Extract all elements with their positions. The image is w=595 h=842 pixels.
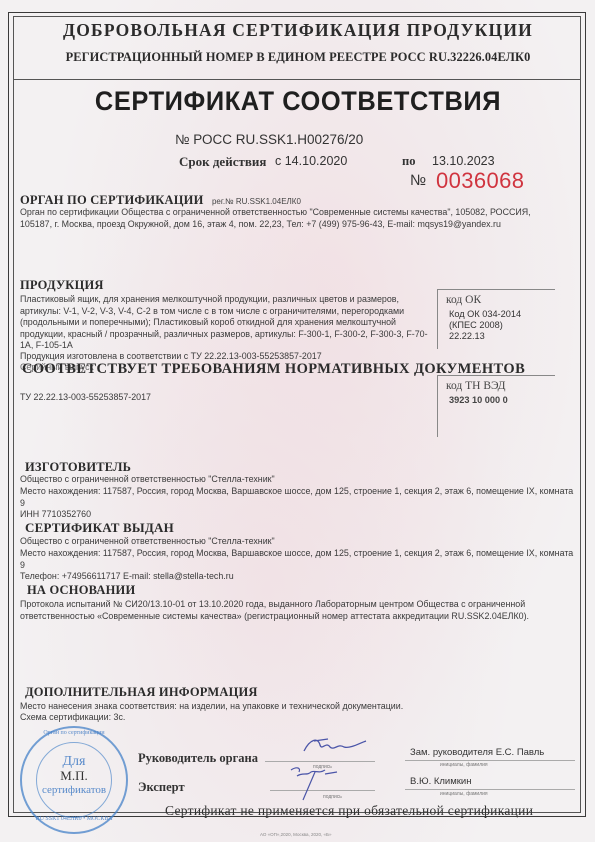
header-divider (14, 79, 581, 80)
validity-from: с 14.10.2020 (275, 154, 347, 168)
head-signature-icon (300, 733, 370, 761)
expert-signature-caption: подпись (323, 794, 342, 800)
head-name-line (405, 760, 575, 761)
product-description: Пластиковый ящик, для хранения мелкоштуч… (20, 294, 438, 352)
code-tnved-box: код ТН ВЭД 3923 10 000 0 (437, 375, 555, 437)
seal-stamp: Орган по сертификации Для М.П. сертифика… (20, 726, 128, 834)
manufacturer-inn: ИНН 7710352760 (20, 509, 582, 521)
footer-note: Сертификат не применяется при обязательн… (165, 803, 533, 819)
seal-mp: М.П. (22, 768, 126, 784)
additional-scheme: Схема сертификации: 3с. (20, 712, 582, 724)
registry-number-heading: РЕГИСТРАЦИОННЫЙ НОМЕР В ЕДИНОМ РЕЕСТРЕ Р… (14, 50, 582, 65)
basis-heading: НА ОСНОВАНИИ (27, 583, 135, 598)
manufacturer-name: Общество с ограниченной ответственностью… (20, 474, 582, 486)
document-title: СЕРТИФИКАТ СООТВЕТСТВИЯ (25, 86, 570, 117)
issued-to-name: Общество с ограниченной ответственностью… (20, 536, 582, 548)
product-heading: ПРОДУКЦИЯ (20, 278, 104, 293)
code-tnved-label: код ТН ВЭД (446, 380, 555, 392)
validity-from-prefix: с (275, 154, 281, 168)
expert-name-line (405, 789, 575, 790)
manufacturer-heading: ИЗГОТОВИТЕЛЬ (25, 460, 131, 475)
serial-number: 0036068 (436, 168, 524, 194)
head-name-caption: инициалы, фамилия (440, 762, 488, 768)
voluntary-certification-heading: ДОБРОВОЛЬНАЯ СЕРТИФИКАЦИЯ ПРОДУКЦИИ (14, 20, 582, 41)
code-ok-line3: 22.22.13 (449, 331, 555, 342)
printer-imprint: АО «ОП»,2020, Москва, 2020, «Б» (260, 832, 332, 837)
serial-number-prefix: № (410, 172, 426, 189)
validity-to-date: 13.10.2023 (432, 154, 495, 168)
validity-to-prefix: по (402, 154, 415, 169)
seal-ring-text: Орган по сертификации (22, 730, 126, 736)
seal-ring-bottom: RU SSK1 04ЕЛК0 • МОСКВА (22, 816, 126, 822)
basis-text: Протокола испытаний № СИ20/13.10-01 от 1… (20, 599, 580, 622)
manufacturer-address: Место нахождения: 117587, Россия, город … (20, 486, 580, 509)
additional-info-heading: ДОПОЛНИТЕЛЬНАЯ ИНФОРМАЦИЯ (25, 685, 258, 700)
expert-name: В.Ю. Климкин (410, 776, 471, 787)
conformity-document: ТУ 22.22.13-003-55253857-2017 (20, 392, 440, 404)
code-ok-line2: (КПЕС 2008) (449, 320, 555, 331)
certificate-number: № РОСС RU.SSK1.H00276/20 (175, 132, 363, 147)
additional-marking: Место нанесения знака соответствия: на и… (20, 701, 582, 713)
validity-label-text: Срок действия (179, 154, 266, 169)
certification-body-heading: ОРГАН ПО СЕРТИФИКАЦИИ (20, 193, 204, 207)
issued-to-heading: СЕРТИФИКАТ ВЫДАН (25, 520, 174, 536)
expert-name-caption: инициалы, фамилия (440, 791, 488, 797)
certification-body-text: Орган по сертификации Общества с огранич… (20, 207, 565, 230)
head-label: Руководитель органа (138, 751, 258, 766)
code-ok-value: Код ОК 034-2014 (КПЕС 2008) 22.22.13 (446, 309, 555, 342)
head-name: Зам. руководителя Е.С. Павль (410, 747, 544, 758)
certification-body-reg-no: рег.№ RU.SSK1.04ЕЛК0 (212, 197, 301, 206)
validity-label: Срок действия (179, 154, 266, 170)
code-ok-line1: Код ОК 034-2014 (449, 309, 555, 320)
issued-to-contacts: Телефон: +74956611717 E-mail: stella@ste… (20, 571, 582, 583)
code-ok-label: код ОК (446, 294, 555, 306)
validity-from-date: 14.10.2020 (285, 154, 348, 168)
code-ok-box: код ОК Код ОК 034-2014 (КПЕС 2008) 22.22… (437, 289, 555, 349)
code-tnved-value: 3923 10 000 0 (446, 395, 555, 406)
seal-center-bottom: сертификатов (22, 784, 126, 796)
issued-to-address: Место нахождения: 117587, Россия, город … (20, 548, 580, 571)
expert-label: Эксперт (138, 780, 185, 795)
